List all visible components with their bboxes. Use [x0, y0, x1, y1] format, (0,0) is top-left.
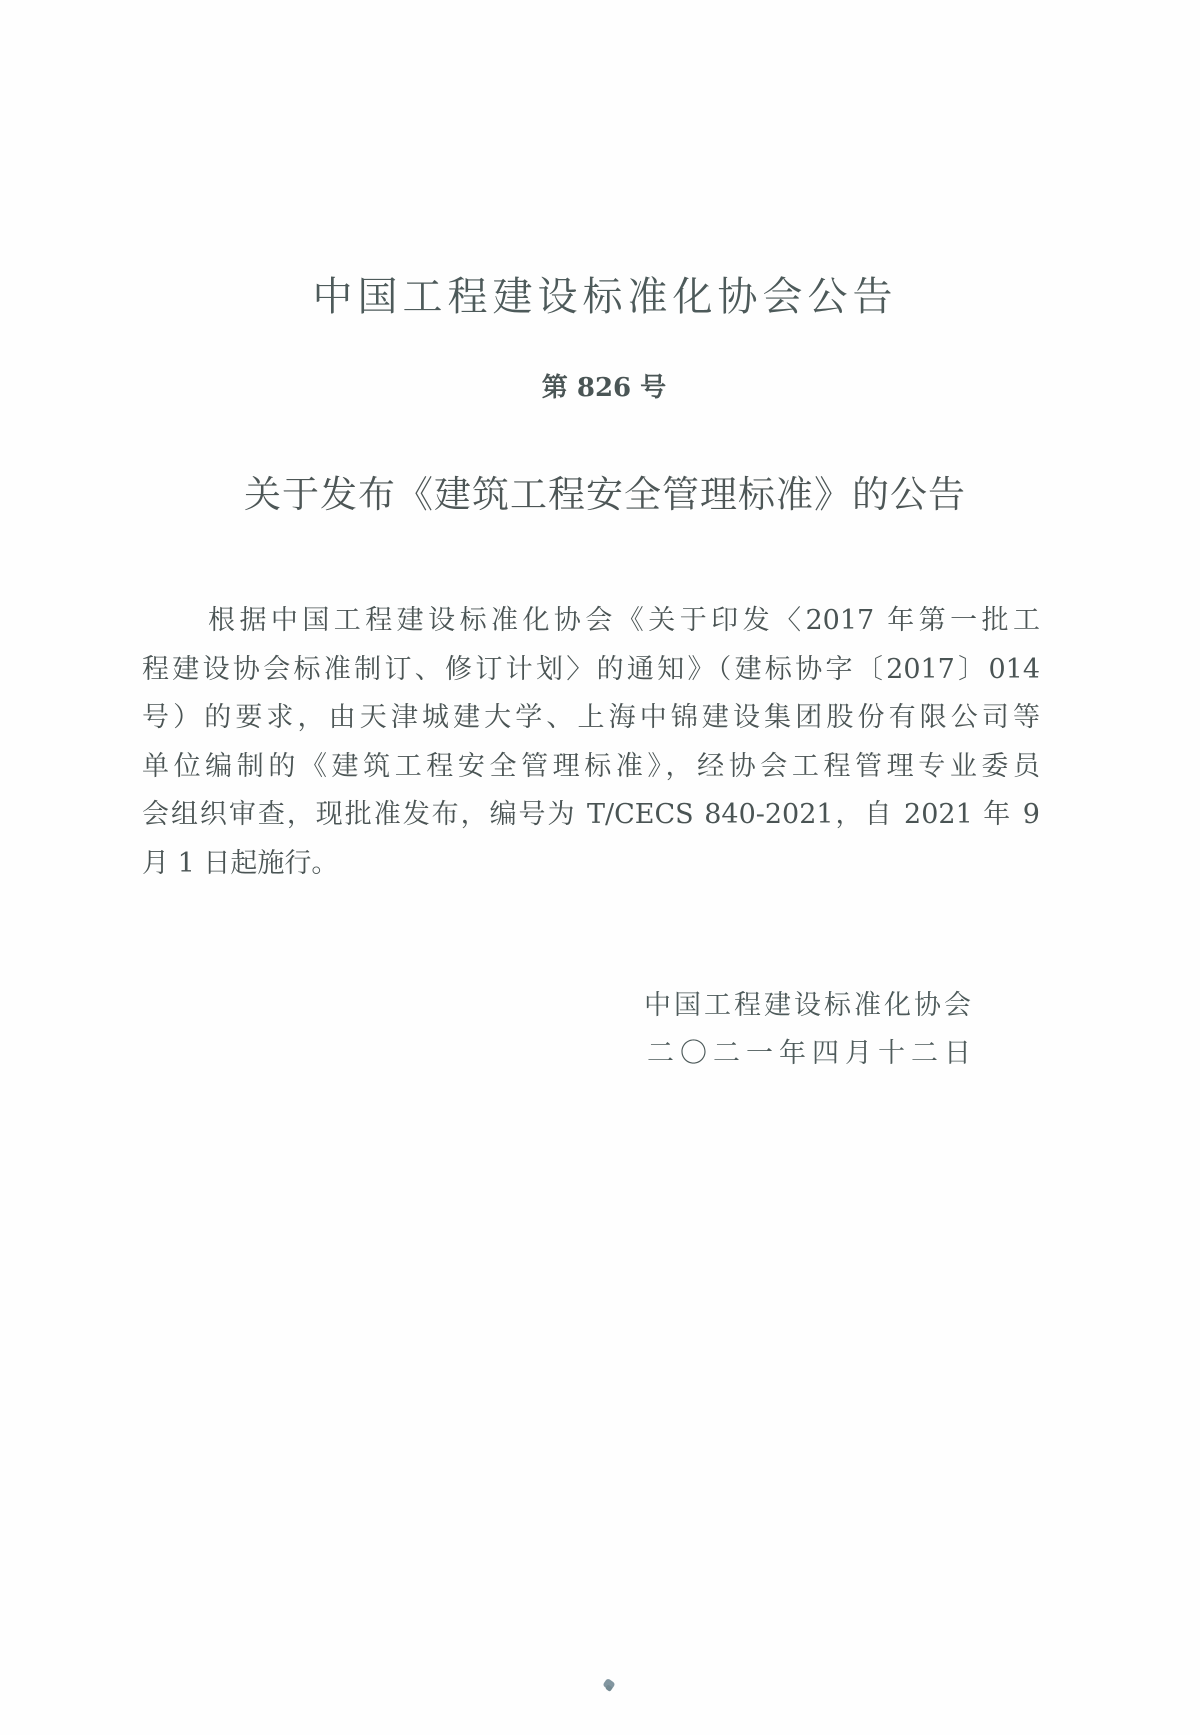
- announcement-body: 根据中国工程建设标准化协会《关于印发〈2017 年第一批工 程建设协会标准制订、…: [142, 597, 1042, 888]
- signature-date: 二〇二一年四月十二日: [644, 1030, 977, 1078]
- document-page: 中国工程建设标准化协会公告 第 826 号 关于发布《建筑工程安全管理标准》的公…: [0, 0, 1200, 1735]
- announcement-heading: 中国工程建设标准化协会公告: [0, 272, 1200, 322]
- signature-block: 中国工程建设标准化协会 二〇二一年四月十二日: [644, 982, 974, 1078]
- body-line: 根据中国工程建设标准化协会《关于印发〈2017 年第一批工: [142, 597, 1040, 646]
- signature-organization: 中国工程建设标准化协会: [644, 982, 974, 1030]
- body-line: 号）的要求，由天津城建大学、上海中锦建设集团股份有限公司等: [142, 694, 1040, 743]
- body-line: 单位编制的《建筑工程安全管理标准》，经协会工程管理专业委员: [142, 743, 1040, 792]
- scan-artifact-mark: [602, 1678, 615, 1691]
- announcement-number: 第 826 号: [0, 370, 1200, 406]
- announcement-subject: 关于发布《建筑工程安全管理标准》的公告: [0, 470, 1200, 520]
- body-line: 月 1 日起施行。: [142, 840, 1040, 889]
- body-line: 会组织审查，现批准发布，编号为 T/CECS 840-2021，自 2021 年…: [142, 791, 1040, 840]
- body-line: 程建设协会标准制订、修订计划〉的通知》（建标协字〔2017〕014: [142, 646, 1040, 695]
